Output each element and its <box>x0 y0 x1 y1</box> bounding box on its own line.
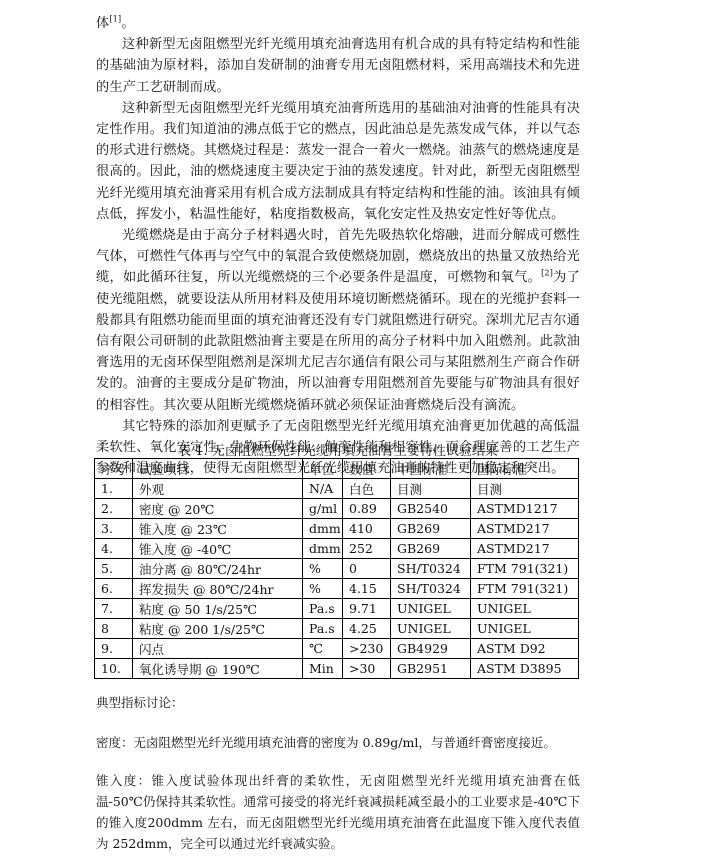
table-cell: FTM 791(321) <box>471 579 579 599</box>
table-cell: >230 <box>343 639 391 659</box>
table-header-row: 序号 试验项目 单位 数值 中国标准 国际标准 <box>95 459 579 479</box>
table-cell: N/A <box>303 479 343 499</box>
table-cell: 目测 <box>471 479 579 499</box>
table-cell: % <box>303 579 343 599</box>
results-table: 序号 试验项目 单位 数值 中国标准 国际标准 1.外观N/A白色目测目测2.密… <box>94 458 579 679</box>
table-cell: 0 <box>343 559 391 579</box>
table-cell: 锥入度 @ -40℃ <box>133 539 303 559</box>
table-cell: >30 <box>343 659 391 679</box>
table-cell: 粘度 @ 50 1/s/25℃ <box>133 599 303 619</box>
table-cell: dmm <box>303 539 343 559</box>
table-cell: ASTM D3895 <box>471 659 579 679</box>
table-row: 10.氧化诱导期 @ 190℃Min>30GB2951ASTM D3895 <box>95 659 579 679</box>
table-cell: 锥入度 @ 23℃ <box>133 519 303 539</box>
table-cell: GB269 <box>391 519 471 539</box>
text: 光缆燃烧是由于高分子材料遇火时，首先先吸热软化熔融，进而分解成可燃性气体，可燃性… <box>96 228 580 285</box>
table-cell: 密度 @ 20℃ <box>133 499 303 519</box>
table-cell: dmm <box>303 519 343 539</box>
header-cell: 国际标准 <box>471 459 579 479</box>
table-cell: GB269 <box>391 539 471 559</box>
text: 。 <box>121 16 134 31</box>
header-cell: 试验项目 <box>133 459 303 479</box>
table-cell: 油分离 @ 80℃/24hr <box>133 559 303 579</box>
paragraph-1: 这种新型无卤阻燃型光纤光缆用填充油膏选用有机合成的具有特定结构和性能的基础油为原… <box>96 34 580 98</box>
table-cell: 10. <box>95 659 133 679</box>
table-cell: UNIGEL <box>391 599 471 619</box>
table-cell: ASTMD217 <box>471 539 579 559</box>
paragraph-2: 这种新型无卤阻燃型光纤光缆用填充油膏所选用的基础油对油膏的性能具有决定性作用。我… <box>96 98 580 225</box>
table-cell: 7. <box>95 599 133 619</box>
header-cell: 序号 <box>95 459 133 479</box>
table-cell: UNIGEL <box>471 599 579 619</box>
table-cell: 6. <box>95 579 133 599</box>
citation-ref: [2] <box>541 269 553 278</box>
table-cell: Pa.s <box>303 619 343 639</box>
table-row: 2.密度 @ 20℃g/ml0.89GB2540ASTMD1217 <box>95 499 579 519</box>
table-row: 3.锥入度 @ 23℃dmm410GB269ASTMD217 <box>95 519 579 539</box>
table-row: 6.挥发损失 @ 80℃/24hr%4.15SH/T0324FTM 791(32… <box>95 579 579 599</box>
table-cell: 4. <box>95 539 133 559</box>
paragraph-3: 光缆燃烧是由于高分子材料遇火时，首先先吸热软化熔融，进而分解成可燃性气体，可燃性… <box>96 225 580 416</box>
header-cell: 中国标准 <box>391 459 471 479</box>
table-cell: 粘度 @ 200 1/s/25℃ <box>133 619 303 639</box>
header-cell: 单位 <box>303 459 343 479</box>
table-cell: 挥发损失 @ 80℃/24hr <box>133 579 303 599</box>
table-cell: SH/T0324 <box>391 579 471 599</box>
table-row: 7.粘度 @ 50 1/s/25℃Pa.s9.71UNIGELUNIGEL <box>95 599 579 619</box>
table-cell: 4.15 <box>343 579 391 599</box>
discussion-density: 密度：无卤阻燃型光纤光缆用填充油膏的密度为 0.89g/ml，与普通纤膏密度接近… <box>96 732 580 753</box>
table-cell: 410 <box>343 519 391 539</box>
table-row: 8粘度 @ 200 1/s/25℃Pa.s4.25UNIGELUNIGEL <box>95 619 579 639</box>
header-cell: 数值 <box>343 459 391 479</box>
table-cell: g/ml <box>303 499 343 519</box>
table-cell: ASTM D92 <box>471 639 579 659</box>
table-cell: FTM 791(321) <box>471 559 579 579</box>
table-cell: 氧化诱导期 @ 190℃ <box>133 659 303 679</box>
table-cell: 3. <box>95 519 133 539</box>
table-cell: ASTMD1217 <box>471 499 579 519</box>
table-cell: Pa.s <box>303 599 343 619</box>
text: 体 <box>96 16 109 31</box>
document-body: 体[1]。 这种新型无卤阻燃型光纤光缆用填充油膏选用有机合成的具有特定结构和性能… <box>96 0 580 479</box>
discussion-penetration: 锥入度：锥入度试验体现出纤膏的柔软性，无卤阻燃型光纤光缆用填充油膏在低温-50℃… <box>96 770 580 854</box>
table-cell: ℃ <box>303 639 343 659</box>
table-cell: UNIGEL <box>471 619 579 639</box>
table-row: 1.外观N/A白色目测目测 <box>95 479 579 499</box>
table-cell: % <box>303 559 343 579</box>
table-cell: GB2540 <box>391 499 471 519</box>
table-row: 5.油分离 @ 80℃/24hr%0SH/T0324FTM 791(321) <box>95 559 579 579</box>
table-cell: 9. <box>95 639 133 659</box>
discussion-heading: 典型指标讨论： <box>96 692 580 713</box>
table-cell: GB4929 <box>391 639 471 659</box>
table-cell: 8 <box>95 619 133 639</box>
text: 为了使光缆阻燃，就要设法从所用材料及使用环境切断燃烧循环。现在的光缆护套料一般都… <box>96 270 580 412</box>
citation-ref: [1] <box>109 15 121 24</box>
table-cell: 外观 <box>133 479 303 499</box>
table-cell: 目测 <box>391 479 471 499</box>
table-row: 9.闪点℃>230GB4929ASTM D92 <box>95 639 579 659</box>
table-cell: 252 <box>343 539 391 559</box>
table-cell: 白色 <box>343 479 391 499</box>
table-cell: Min <box>303 659 343 679</box>
paragraph-0: 体[1]。 <box>96 13 580 34</box>
table-cell: UNIGEL <box>391 619 471 639</box>
table-cell: 9.71 <box>343 599 391 619</box>
table-cell: ASTMD217 <box>471 519 579 539</box>
table-row: 4.锥入度 @ -40℃dmm252GB269ASTMD217 <box>95 539 579 559</box>
table-cell: 0.89 <box>343 499 391 519</box>
table-cell: 1. <box>95 479 133 499</box>
table-cell: 5. <box>95 559 133 579</box>
table-cell: 4.25 <box>343 619 391 639</box>
table-cell: 2. <box>95 499 133 519</box>
table-caption: 表 1. 无卤阻燃型光纤光缆用填充油膏主要特性试验结果 <box>96 440 580 459</box>
table-cell: GB2951 <box>391 659 471 679</box>
table-cell: SH/T0324 <box>391 559 471 579</box>
table-cell: 闪点 <box>133 639 303 659</box>
